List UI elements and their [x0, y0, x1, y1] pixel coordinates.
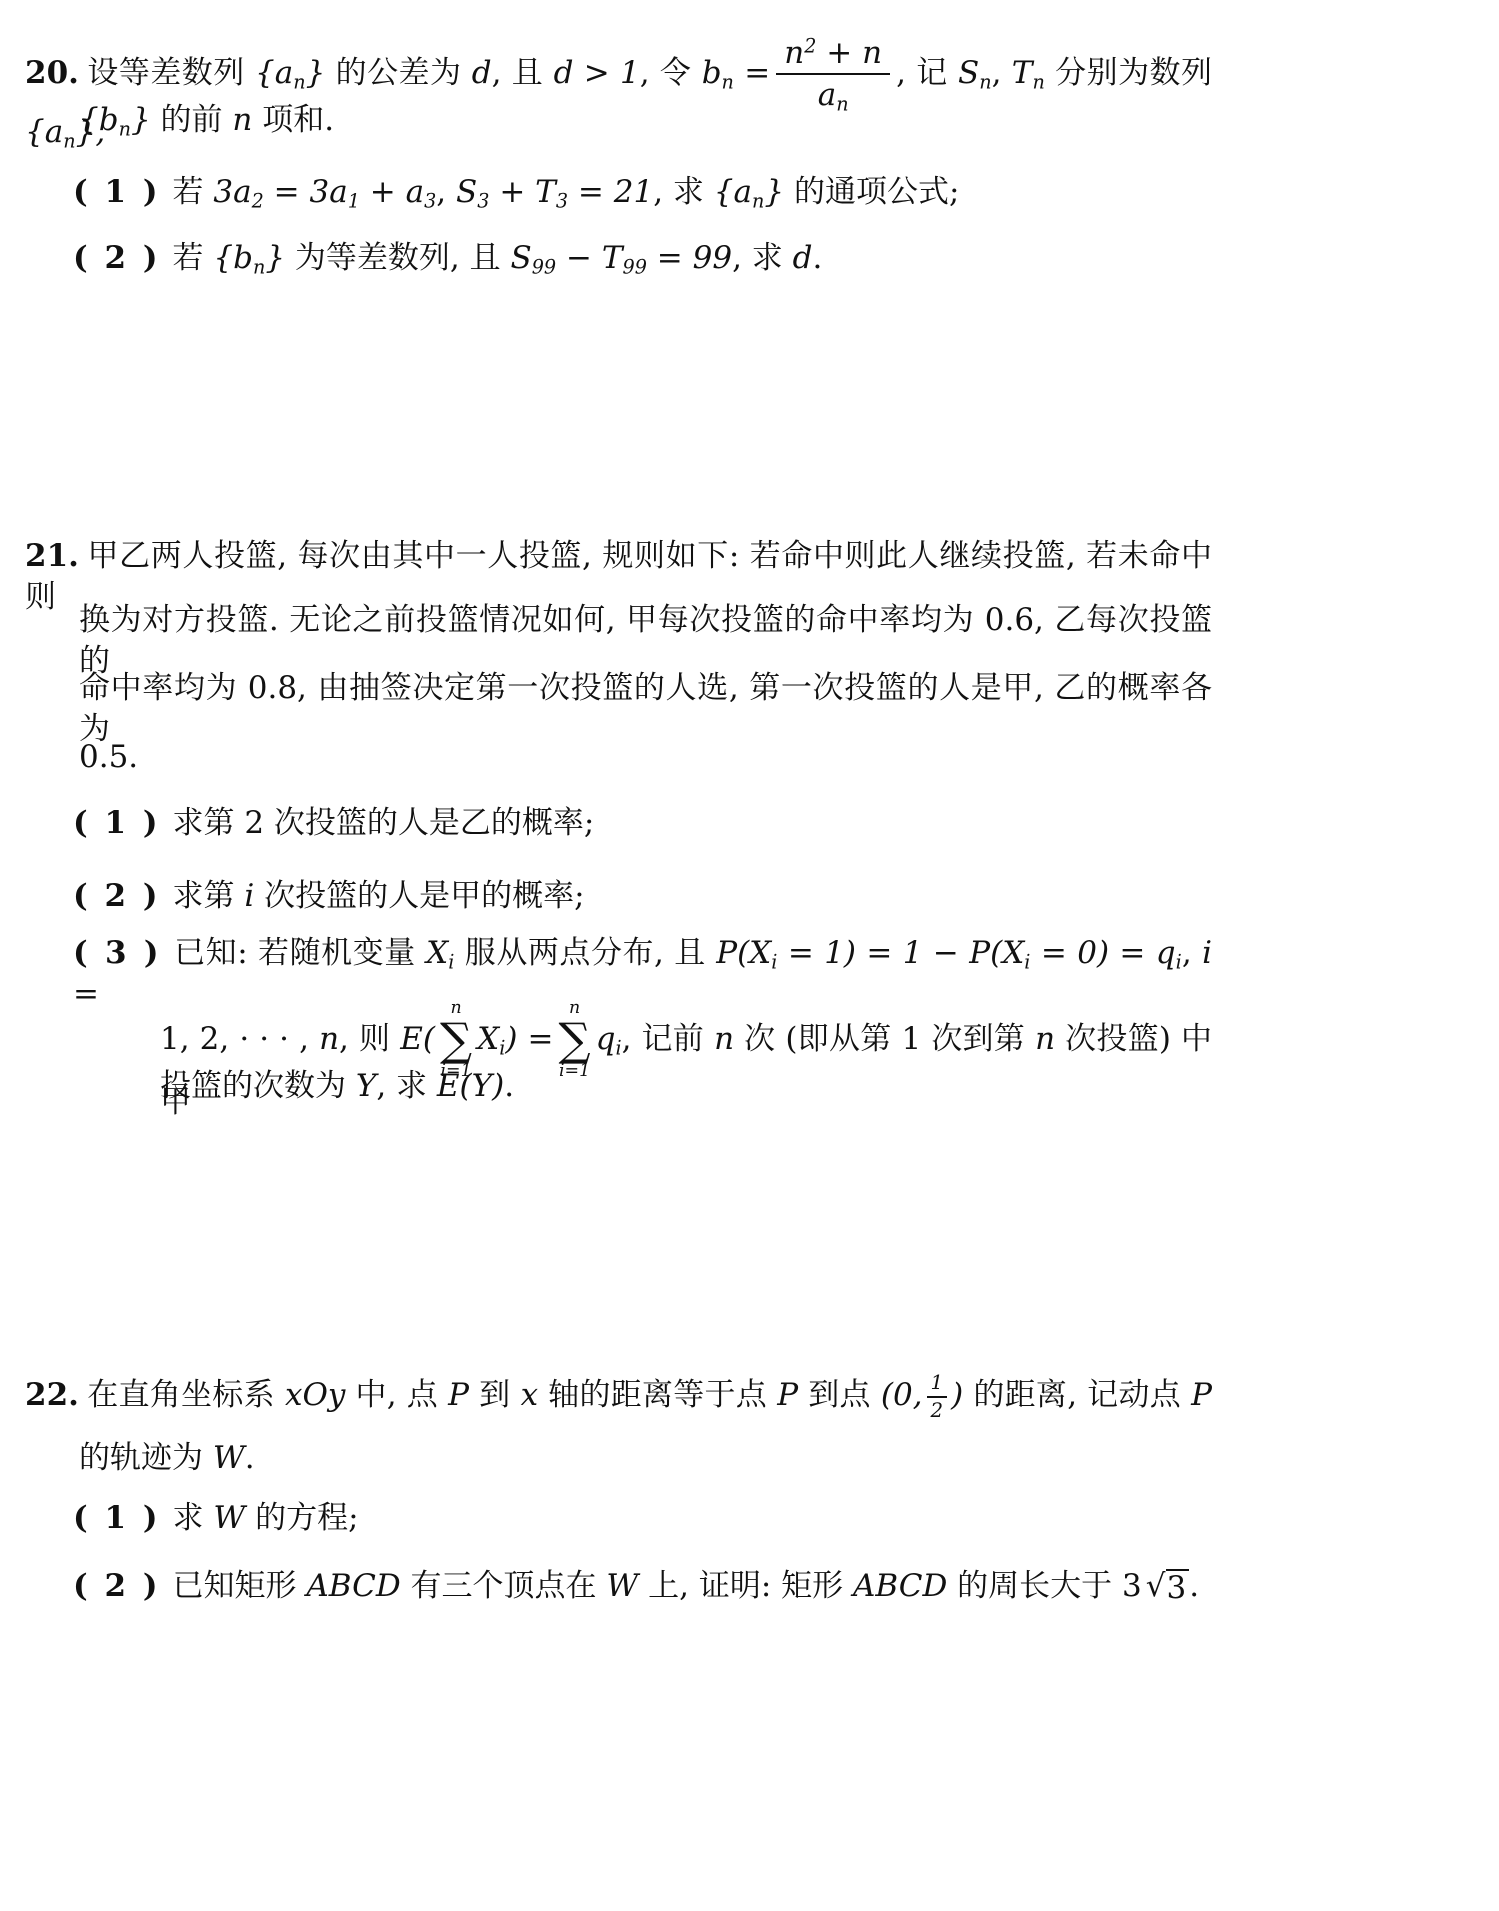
fraction-denominator: an [810, 75, 857, 112]
square-root: √3 [1146, 1569, 1190, 1607]
subscript: 2 [252, 189, 264, 212]
question-22-intro-text-2: 的轨迹为 W. [79, 1440, 255, 1476]
math-run: ABCD [853, 1568, 947, 1604]
text-run: , 记 [896, 55, 958, 91]
text-run: 求第 [173, 878, 245, 914]
radicand: 3 [1166, 1569, 1190, 1607]
fraction: 12 [927, 1372, 948, 1422]
math-run: W [606, 1568, 638, 1604]
subscript: i [771, 950, 777, 973]
text-run: . [1189, 1568, 1199, 1604]
question-21-intro-line-3: 命中率均为 0.8, 由抽签决定第一次投篮的人选, 第一次投篮的人是甲, 乙的概… [79, 668, 1212, 750]
part-text: 求第 2 次投篮的人是乙的概率; [173, 805, 595, 841]
math-run: P [448, 1377, 469, 1413]
math-run: W [213, 1440, 245, 1476]
text-run: 求 [173, 1500, 214, 1536]
subscript: 99 [623, 255, 647, 278]
subscript: n [63, 130, 75, 153]
math-run: (0, [881, 1377, 923, 1413]
subscript: n [253, 255, 265, 278]
text-run: 投篮的次数为 [160, 1068, 356, 1104]
text-run: . [245, 1440, 255, 1476]
text-run: , 求 [653, 174, 714, 210]
text-run: 的距离, 记动点 [963, 1377, 1191, 1413]
math-run: xOy [285, 1377, 345, 1413]
text-run: 已知: 若随机变量 [174, 935, 427, 971]
sigma-symbol: ∑ [440, 1019, 472, 1062]
part-label: ( 2 ) [73, 240, 161, 276]
text-run: , 令 [640, 55, 702, 91]
math-run: S99 − T99 = 99 [510, 240, 732, 276]
text-run: . [813, 240, 823, 276]
math-run: x [521, 1377, 538, 1413]
text-run: , 记前 [622, 1021, 714, 1057]
math-run: {an} [255, 55, 325, 91]
part-label: ( 1 ) [73, 174, 161, 210]
part-text: 求 W 的方程; [173, 1500, 359, 1536]
question-20-part-1: ( 1 )若 3a2 = 3a1 + a3, S3 + T3 = 21, 求 {… [73, 172, 959, 213]
question-20-part-2: ( 2 )若 {bn} 为等差数列, 且 S99 − T99 = 99, 求 d… [73, 238, 822, 279]
question-22-number: 22. [25, 1377, 79, 1413]
part-text: 求第 i 次投篮的人是甲的概率; [173, 878, 585, 914]
question-21-part-1: ( 1 )求第 2 次投篮的人是乙的概率; [73, 803, 594, 844]
text-run: , 且 [492, 55, 554, 91]
part-text: 已知矩形 ABCD 有三个顶点在 W 上, 证明: 矩形 ABCD 的周长大于 … [173, 1568, 1200, 1604]
text-run: 次投篮的人是甲的概率; [254, 878, 584, 914]
text-run: 为等差数列, 且 [285, 240, 510, 276]
question-22-intro-text-1: 在直角坐标系 xOy 中, 点 P 到 x 轴的距离等于点 P 到点 (0,12… [87, 1377, 1212, 1413]
text-run: 的前 [151, 102, 233, 138]
summation-lower-limit: i=1 [559, 1062, 590, 1082]
text-run: 的轨迹为 [79, 1440, 213, 1476]
text-run: 0.5. [79, 739, 138, 775]
math-run: d [472, 55, 492, 91]
subscript: 1 [348, 189, 360, 212]
math-run: Sn [958, 55, 992, 91]
text-run: 到点 [798, 1377, 881, 1413]
part-text: 若 {bn} 为等差数列, 且 S99 − T99 = 99, 求 d. [173, 240, 823, 276]
text-run: 的通项公式; [784, 174, 959, 210]
subscript: n [293, 70, 305, 93]
fraction-numerator: 1 [927, 1372, 948, 1398]
text-run: 的公差为 [325, 55, 471, 91]
math-run: {an} [714, 174, 784, 210]
text-run: , 求 [732, 240, 793, 276]
part-label: ( 3 ) [73, 935, 162, 971]
math-run: S3 + T3 = 21 [456, 174, 653, 210]
text-run: 求第 2 次投篮的人是乙的概率; [173, 805, 595, 841]
subscript: 3 [556, 189, 568, 212]
text-run: 设等差数列 [87, 55, 255, 91]
part-text: 若 3a2 = 3a1 + a3, S3 + T3 = 21, 求 {an} 的… [173, 174, 960, 210]
math-run: E( [400, 1021, 435, 1057]
exam-page: 20.设等差数列 {an} 的公差为 d, 且 d > 1, 令 bn =n2 … [0, 0, 1499, 1911]
subscript: n [722, 70, 734, 93]
math-run: n [319, 1021, 339, 1057]
math-run: d > 1 [554, 55, 640, 91]
subscript: n [836, 92, 848, 115]
math-run: ) [951, 1377, 963, 1413]
question-22-part-1: ( 1 )求 W 的方程; [73, 1498, 359, 1539]
question-21-number: 21. [25, 538, 79, 574]
text-run: 轴的距离等于点 [538, 1377, 777, 1413]
subscript: n [752, 189, 764, 212]
math-run: n [714, 1021, 734, 1057]
part-label: ( 1 ) [73, 1500, 161, 1536]
question-21-intro-text-3: 命中率均为 0.8, 由抽签决定第一次投篮的人选, 第一次投篮的人是甲, 乙的概… [79, 670, 1212, 747]
math-run: ABCD [306, 1568, 400, 1604]
subscript: 3 [477, 189, 489, 212]
subscript: i [1024, 950, 1030, 973]
text-run: 命中率均为 0.8, 由抽签决定第一次投篮的人选, 第一次投篮的人是甲, 乙的概… [79, 670, 1212, 747]
superscript: 2 [804, 34, 816, 57]
sigma-symbol: ∑ [559, 1019, 591, 1062]
fraction-denominator: 2 [927, 1398, 948, 1422]
text-run: 到 [469, 1377, 521, 1413]
subscript: 3 [424, 189, 436, 212]
text-run: 的方程; [245, 1500, 358, 1536]
text-run: 项和. [252, 102, 334, 138]
text-run: 若 [173, 240, 214, 276]
subscript: 99 [532, 255, 556, 278]
text-run: . [504, 1068, 514, 1104]
question-22-intro-line-2: 的轨迹为 W. [79, 1438, 255, 1479]
text-run: 有三个顶点在 [401, 1568, 607, 1604]
math-run: Y [356, 1068, 376, 1104]
question-22-intro-line-1: 22.在直角坐标系 xOy 中, 点 P 到 x 轴的距离等于点 P 到点 (0… [25, 1372, 1212, 1422]
math-run: i [244, 878, 254, 914]
math-run: E(Y) [437, 1068, 504, 1104]
text-run: 若 [173, 174, 214, 210]
text-run: 的周长大于 3 [947, 1568, 1141, 1604]
math-run: Tn [1012, 55, 1045, 91]
text-run: 服从两点分布, 且 [454, 935, 716, 971]
text-run: 次 (即从第 1 次到第 [734, 1021, 1035, 1057]
summation: n∑i=1 [559, 999, 591, 1082]
math-run: bn = [702, 55, 771, 91]
text-run: 中, 点 [345, 1377, 448, 1413]
question-21-part-3-line-3: 投篮的次数为 Y, 求 E(Y). [160, 1066, 514, 1107]
subscript: n [1032, 70, 1044, 93]
question-21-intro-line-4: 0.5. [79, 737, 138, 778]
math-run: P [777, 1377, 798, 1413]
subscript: n [119, 117, 131, 140]
subscript: n [979, 70, 991, 93]
math-run: qi [596, 1021, 622, 1057]
math-run: n [232, 102, 252, 138]
text-run: , 则 [339, 1021, 400, 1057]
math-run: P(Xi = 1) = 1 − P(Xi = 0) = qi [716, 935, 1182, 971]
text-run: 分别为数列 [1045, 55, 1212, 91]
text-run: , 求 [376, 1068, 437, 1104]
math-run: P [1191, 1377, 1212, 1413]
text-run: 1, 2, · · · , [160, 1021, 319, 1057]
text-run: 已知矩形 [173, 1568, 307, 1604]
fraction-numerator: n2 + n [776, 36, 890, 75]
part-label: ( 2 ) [73, 878, 161, 914]
fraction: n2 + nan [776, 36, 890, 112]
math-run: {bn} [213, 240, 285, 276]
question-21-part-2: ( 2 )求第 i 次投篮的人是甲的概率; [73, 876, 585, 917]
text-run: 上, 证明: 矩形 [638, 1568, 853, 1604]
math-run: Xi [426, 935, 454, 971]
text-run: , [992, 55, 1012, 91]
subscript: i [499, 1036, 505, 1059]
part-label: ( 2 ) [73, 1568, 161, 1604]
question-20-intro-line-2: {bn} 的前 n 项和. [79, 100, 334, 141]
text-run: , [1182, 935, 1202, 971]
question-22-part-2: ( 2 )已知矩形 ABCD 有三个顶点在 W 上, 证明: 矩形 ABCD 的… [73, 1566, 1199, 1607]
text-run: , [436, 174, 456, 210]
question-21-intro-text-4: 0.5. [79, 739, 138, 775]
math-run: n [1035, 1021, 1055, 1057]
math-run: Xi) = [477, 1021, 553, 1057]
math-run: 3a2 = 3a1 + a3 [213, 174, 436, 210]
question-20-number: 20. [25, 55, 79, 91]
radical-sign: √ [1146, 1569, 1166, 1605]
question-20-intro-text-2: {bn} 的前 n 项和. [79, 102, 334, 138]
part-label: ( 1 ) [73, 805, 161, 841]
text-run: 在直角坐标系 [87, 1377, 285, 1413]
math-run: {bn} [79, 102, 151, 138]
part-text: 投篮的次数为 Y, 求 E(Y). [160, 1068, 514, 1104]
math-run: W [213, 1500, 245, 1536]
math-run: d [793, 240, 813, 276]
